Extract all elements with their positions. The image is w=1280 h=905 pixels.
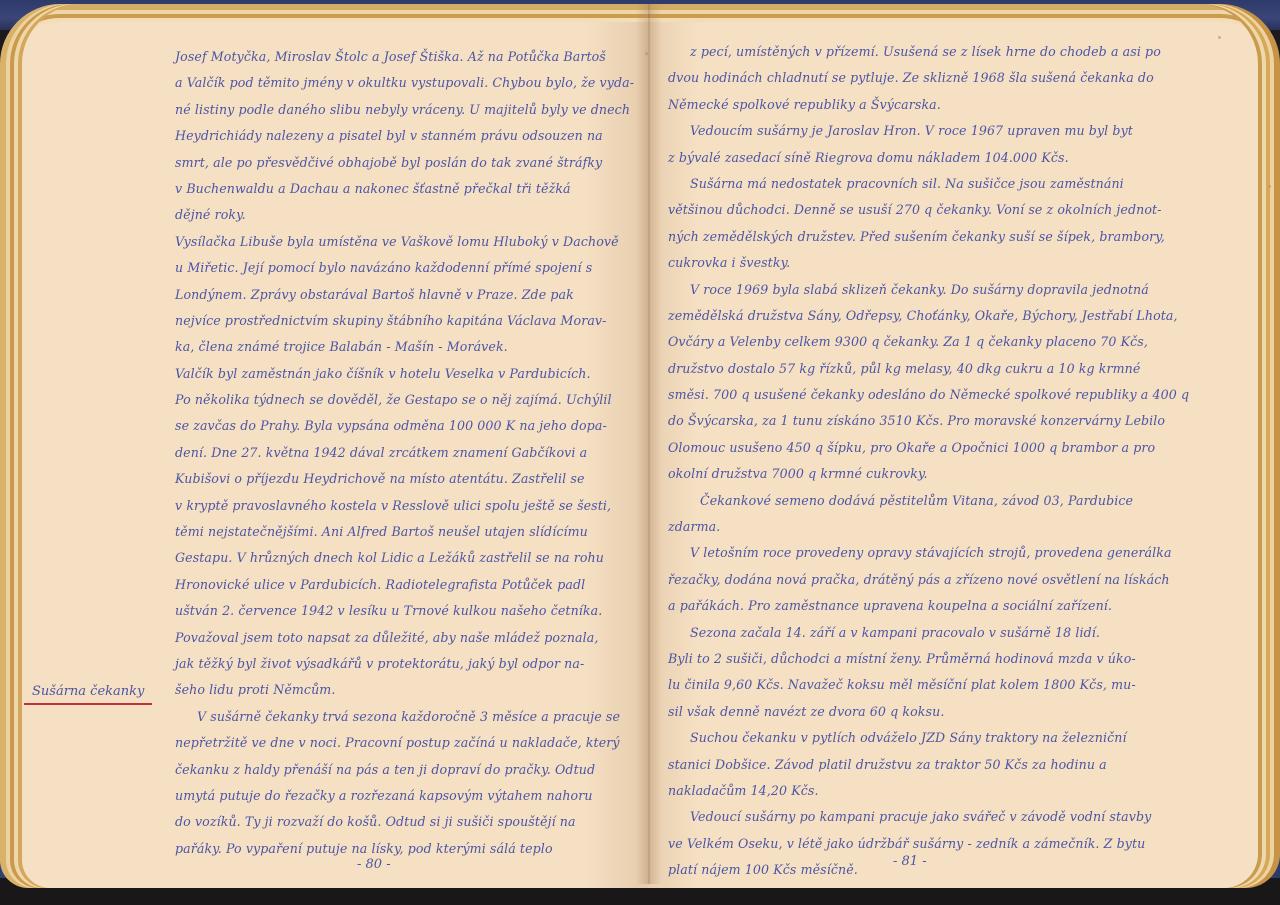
text-line: Ovčáry a Velenby celkem 9300 q čekanky. … (668, 329, 1158, 355)
text-line: Považoval jsem toto napsat za důležité, … (175, 625, 640, 651)
text-line: Suchou čekanku v pytlích odváželo JZD Sá… (668, 725, 1158, 751)
text-line: dení. Dne 27. května 1942 dával zrcátkem… (175, 440, 640, 466)
text-line: nejvíce prostřednictvím skupiny štábního… (175, 308, 640, 334)
text-line: Heydrichiády nalezeny a pisatel byl v st… (175, 123, 640, 149)
margin-heading: Sušárna čekanky (32, 684, 144, 699)
text-line: z pecí, umístěných v přízemí. Usušená se… (668, 39, 1158, 65)
left-page-text: Josef Motyčka, Miroslav Štolc a Josef Št… (175, 44, 640, 862)
text-line: a pařákách. Pro zaměstnance upravena kou… (668, 593, 1158, 619)
text-line: Vysílačka Libuše byla umístěna ve Vaškov… (175, 229, 640, 255)
text-line: V roce 1969 byla slabá sklizeň čekanky. … (668, 277, 1158, 303)
text-line: Po několika týdnech se dověděl, že Gesta… (175, 387, 640, 413)
text-line: těmi nejstatečnějšími. Ani Alfred Bartoš… (175, 519, 640, 545)
text-line: v kryptě pravoslavného kostela v Resslov… (175, 493, 640, 519)
text-line: okolní družstva 7000 q krmné cukrovky. (668, 461, 1158, 487)
text-line: smrt, ale po přesvědčivé obhajobě byl po… (175, 150, 640, 176)
text-line: dvou hodinách chladnutí se pytluje. Ze s… (668, 65, 1158, 91)
text-line: Byli to 2 sušiči, důchodci a místní ženy… (668, 646, 1158, 672)
text-line: jak těžký byl život výsadkářů v protekto… (175, 651, 640, 677)
text-line: umytá putuje do řezačky a rozřezaná kaps… (175, 783, 640, 809)
text-line: cukrovka i švestky. (668, 250, 1158, 276)
text-line: a Valčík pod těmito jmény v okultku vyst… (175, 70, 640, 96)
text-line: Německé spolkové republiky a Švýcarska. (668, 92, 1158, 118)
text-line: né listiny podle daného slibu nebyly vrá… (175, 97, 640, 123)
text-line: nepřetržitě ve dne v noci. Pracovní post… (175, 730, 640, 756)
page-number-left: - 80 - (357, 857, 391, 872)
text-line: šeho lidu proti Němcům. (175, 677, 640, 703)
text-line: z bývalé zasedací síně Riegrova domu nák… (668, 145, 1158, 171)
text-line: ných zemědělských družstev. Před sušením… (668, 224, 1158, 250)
text-line: Londýnem. Zprávy obstarával Bartoš hlavn… (175, 282, 640, 308)
paper-spot (1268, 185, 1271, 188)
text-line: Kubišovi o příjezdu Heydrichově na místo… (175, 466, 640, 492)
text-line: lu činila 9,60 Kčs. Navažeč koksu měl mě… (668, 672, 1158, 698)
text-line: směsi. 700 q usušené čekanky odesláno do… (668, 382, 1158, 408)
text-line: Gestapu. V hrůzných dnech kol Lidic a Le… (175, 545, 640, 571)
text-line: Hronovické ulice v Pardubicích. Radiotel… (175, 572, 640, 598)
text-line: Vedoucí sušárny po kampani pracuje jako … (668, 804, 1158, 830)
text-line: dějné roky. (175, 202, 640, 228)
text-line: Sušárna má nedostatek pracovních sil. Na… (668, 171, 1158, 197)
text-line: do Švýcarska, za 1 tunu získáno 3510 Kčs… (668, 408, 1158, 434)
text-line: Josef Motyčka, Miroslav Štolc a Josef Št… (175, 44, 640, 70)
text-line: většinou důchodci. Denně se usuší 270 q … (668, 197, 1158, 223)
text-line: V sušárně čekanky trvá sezona každoročně… (175, 704, 640, 730)
right-page-text: z pecí, umístěných v přízemí. Usušená se… (668, 39, 1158, 884)
page-number-right: - 81 - (893, 854, 927, 869)
text-line: sil však denně navézt ze dvora 60 q koks… (668, 699, 1158, 725)
text-line: do vozíků. Ty ji rozvaží do košů. Odtud … (175, 809, 640, 835)
text-line: zdarma. (668, 514, 1158, 540)
text-line: Vedoucím sušárny je Jaroslav Hron. V roc… (668, 118, 1158, 144)
text-line: řezačky, dodána nová pračka, drátěný pás… (668, 567, 1158, 593)
text-line: zemědělská družstva Sány, Odřepsy, Choťá… (668, 303, 1158, 329)
text-line: pařáky. Po vypaření putuje na lísky, pod… (175, 836, 640, 862)
text-line: uštván 2. července 1942 v lesíku u Trnov… (175, 598, 640, 624)
paper-spot (645, 52, 648, 55)
text-line: Valčík byl zaměstnán jako číšník v hotel… (175, 361, 640, 387)
text-line: Sezona začala 14. září a v kampani praco… (668, 620, 1158, 646)
text-line: v Buchenwaldu a Dachau a nakonec šťastně… (175, 176, 640, 202)
text-line: se zavčas do Prahy. Byla vypsána odměna … (175, 413, 640, 439)
text-line: V letošním roce provedeny opravy stávají… (668, 540, 1158, 566)
text-line: ka, člena známé trojice Balabán - Mašín … (175, 334, 640, 360)
text-line: družstvo dostalo 57 kg řízků, půl kg mel… (668, 356, 1158, 382)
text-line: u Miřetic. Její pomocí bylo navázáno kaž… (175, 255, 640, 281)
text-line: čekanku z haldy přenáší na pás a ten ji … (175, 757, 640, 783)
text-line: Čekankové semeno dodává pěstitelům Vitan… (668, 488, 1158, 514)
paper-spot (1218, 36, 1221, 39)
text-line: Olomouc usušeno 450 q šípku, pro Okaře a… (668, 435, 1158, 461)
text-line: stanici Dobšice. Závod platil družstvu z… (668, 752, 1158, 778)
text-line: nakladačům 14,20 Kčs. (668, 778, 1158, 804)
heading-underline (24, 703, 152, 705)
